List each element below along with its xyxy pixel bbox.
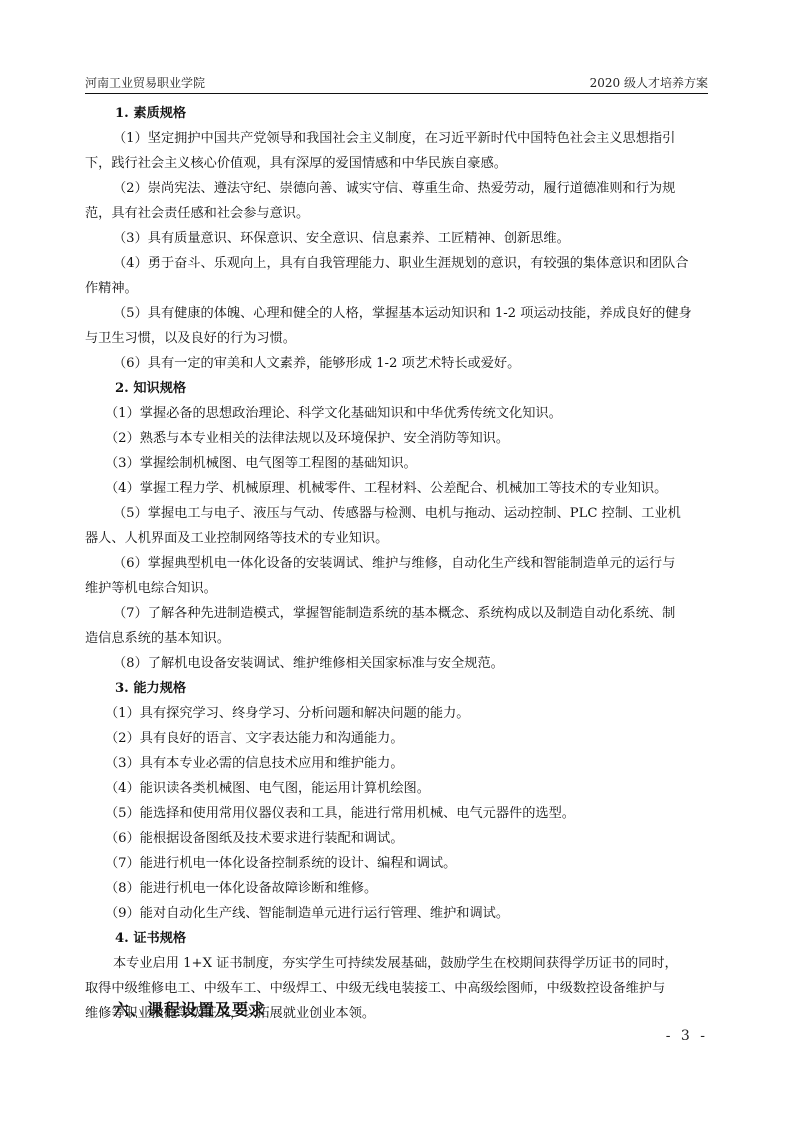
paragraph-line: （6）掌握典型机电一体化设备的安装调试、维护与维修，自动化生产线和智能制造单元的… <box>85 551 708 576</box>
paragraph-line: （2）崇尚宪法、遵法守纪、崇德向善、诚实守信、尊重生命、热爱劳动，履行道德准则和… <box>85 176 708 201</box>
paragraph-line: （1）掌握必备的思想政治理论、科学文化基础知识和中华优秀传统文化知识。 <box>85 401 708 426</box>
subsection-heading: 3. 能力规格 <box>85 676 708 701</box>
paragraph-line: （6）能根据设备图纸及技术要求进行装配和调试。 <box>85 826 708 851</box>
paragraph-line: （4）勇于奋斗、乐观向上，具有自我管理能力、职业生涯规划的意识，有较强的集体意识… <box>85 251 708 276</box>
header-institution: 河南工业贸易职业学院 <box>85 75 205 92</box>
paragraph-line: 与卫生习惯，以及良好的行为习惯。 <box>85 326 708 351</box>
running-header: 河南工业贸易职业学院 2020 级人才培养方案 <box>85 75 708 92</box>
paragraph-line: （2）具有良好的语言、文字表达能力和沟通能力。 <box>85 726 708 751</box>
paragraph-line: （6）具有一定的审美和人文素养，能够形成 1-2 项艺术特长或爱好。 <box>85 351 708 376</box>
subsection-heading: 1. 素质规格 <box>85 101 708 126</box>
paragraph-line: 取得中级维修电工、中级车工、中级焊工、中级无线电装接工、中高级绘图师，中级数控设… <box>85 976 708 1001</box>
page-number: - 3 - <box>666 1027 708 1045</box>
page-body: 1. 素质规格（1）坚定拥护中国共产党领导和我国社会主义制度，在习近平新时代中国… <box>85 101 708 1026</box>
header-divider <box>85 93 708 94</box>
paragraph-line: （7）能进行机电一体化设备控制系统的设计、编程和调试。 <box>85 851 708 876</box>
paragraph-line: 下，践行社会主义核心价值观，具有深厚的爱国情感和中华民族自豪感。 <box>85 151 708 176</box>
paragraph-line: （5）具有健康的体魄、心理和健全的人格，掌握基本运动知识和 1-2 项运动技能，… <box>85 301 708 326</box>
subsection-heading: 4. 证书规格 <box>85 926 708 951</box>
paragraph-line: 维护等机电综合知识。 <box>85 576 708 601</box>
paragraph-line: （5）掌握电工与电子、液压与气动、传感器与检测、电机与拖动、运动控制、PLC 控… <box>85 501 708 526</box>
paragraph-line: （3）具有本专业必需的信息技术应用和维护能力。 <box>85 751 708 776</box>
paragraph-line: （2）熟悉与本专业相关的法律法规以及环境保护、安全消防等知识。 <box>85 426 708 451</box>
paragraph-line: （1）坚定拥护中国共产党领导和我国社会主义制度，在习近平新时代中国特色社会主义思… <box>85 126 708 151</box>
section-heading-course-setup: 六、课程设置及要求 <box>113 999 266 1021</box>
paragraph-line: （4）能识读各类机械图、电气图，能运用计算机绘图。 <box>85 776 708 801</box>
subsection-heading: 2. 知识规格 <box>85 376 708 401</box>
paragraph-line: （8）能进行机电一体化设备故障诊断和维修。 <box>85 876 708 901</box>
paragraph-line: （4）掌握工程力学、机械原理、机械零件、工程材料、公差配合、机械加工等技术的专业… <box>85 476 708 501</box>
document-page: 河南工业贸易职业学院 2020 级人才培养方案 1. 素质规格（1）坚定拥护中国… <box>0 0 793 1122</box>
paragraph-line: （3）掌握绘制机械图、电气图等工程图的基础知识。 <box>85 451 708 476</box>
paragraph-line: 本专业启用 1+X 证书制度，夯实学生可持续发展基础，鼓励学生在校期间获得学历证… <box>85 951 708 976</box>
header-document-title: 2020 级人才培养方案 <box>590 75 708 92</box>
paragraph-line: （3）具有质量意识、环保意识、安全意识、信息素养、工匠精神、创新思维。 <box>85 226 708 251</box>
paragraph-line: （8）了解机电设备安装调试、维护维修相关国家标准与安全规范。 <box>85 651 708 676</box>
paragraph-line: （1）具有探究学习、终身学习、分析问题和解决问题的能力。 <box>85 701 708 726</box>
paragraph-line: （7）了解各种先进制造模式，掌握智能制造系统的基本概念、系统构成以及制造自动化系… <box>85 601 708 626</box>
paragraph-line: 造信息系统的基本知识。 <box>85 626 708 651</box>
paragraph-line: 器人、人机界面及工业控制网络等技术的专业知识。 <box>85 526 708 551</box>
paragraph-line: 作精神。 <box>85 276 708 301</box>
paragraph-line: （5）能选择和使用常用仪器仪表和工具，能进行常用机械、电气元器件的选型。 <box>85 801 708 826</box>
paragraph-line: 范，具有社会责任感和社会参与意识。 <box>85 201 708 226</box>
paragraph-line: （9）能对自动化生产线、智能制造单元进行运行管理、维护和调试。 <box>85 901 708 926</box>
